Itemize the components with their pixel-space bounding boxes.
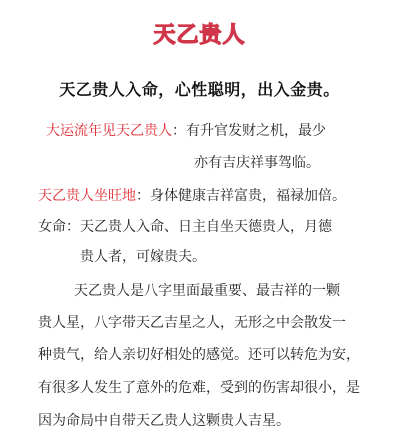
item-wangdi: 天乙贵人坐旺地：身体健康吉祥富贵，福禄加倍。 <box>38 185 346 205</box>
item-nvming-label: 女命 <box>38 219 66 235</box>
item-nvming-text-2: 贵人者，可嫁贵夫。 <box>80 249 206 265</box>
item-wangdi-text: 身体健康吉祥富贵，福禄加倍。 <box>150 188 346 204</box>
paragraph-line-4: 有很多人发生了意外的危难，受到的伤害却很小，是 <box>38 377 360 397</box>
item-dayun-separator: ： <box>172 123 186 139</box>
item-dayun: 大运流年见天乙贵人：有升官发财之机，最少 <box>46 120 326 140</box>
item-dayun-text-2: 亦有吉庆祥事驾临。 <box>194 155 320 171</box>
item-nvming-continuation: 贵人者，可嫁贵夫。 <box>80 246 206 266</box>
item-wangdi-separator: ： <box>136 188 150 204</box>
headline: 天乙贵人入命，心性聪明，出入金贵。 <box>0 77 399 100</box>
item-dayun-continuation: 亦有吉庆祥事驾临。 <box>194 152 320 172</box>
item-wangdi-label: 天乙贵人坐旺地 <box>38 188 136 204</box>
item-nvming-separator: ： <box>66 219 80 235</box>
paragraph-line-1: 天乙贵人是八字里面最重要、最吉祥的一颗 <box>74 280 340 300</box>
paragraph-line-5: 因为命局中自带天乙贵人这颗贵人吉星。 <box>38 410 290 430</box>
paragraph-line-2: 贵人星，八字带天乙吉星之人，无形之中会散发一 <box>38 312 346 332</box>
item-nvming: 女命：天乙贵人入命、日主自坐天德贵人，月德 <box>38 216 332 236</box>
item-nvming-text-1: 天乙贵人入命、日主自坐天德贵人，月德 <box>80 219 332 235</box>
item-dayun-text-1: 有升官发财之机，最少 <box>186 123 326 139</box>
page-title: 天乙贵人 <box>0 18 399 49</box>
paragraph-line-3: 种贵气，给人亲切好相处的感觉。还可以转危为安， <box>38 344 360 364</box>
item-dayun-label: 大运流年见天乙贵人 <box>46 123 172 139</box>
